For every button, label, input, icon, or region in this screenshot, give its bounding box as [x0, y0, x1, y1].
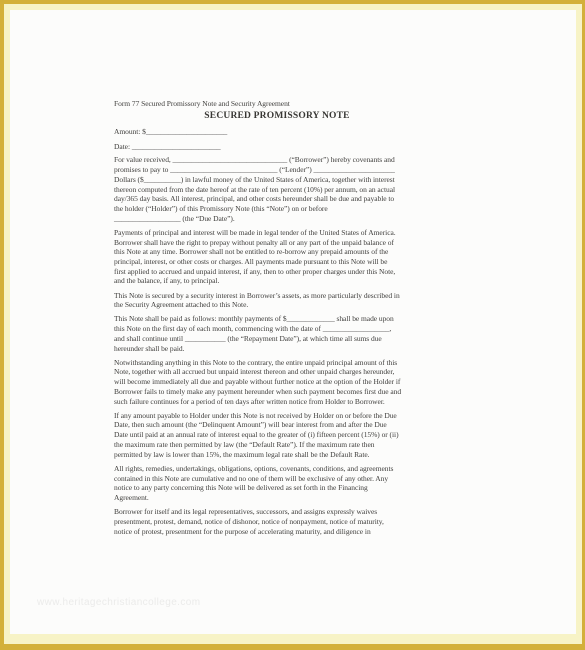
- document-title: SECURED PROMISSORY NOTE: [114, 112, 440, 122]
- document-content: Form 77 Secured Promissory Note and Secu…: [114, 99, 440, 541]
- paragraph-payments: Payments of principal and interest will …: [114, 228, 440, 286]
- paragraph-payment-schedule: This Note shall be paid as follows: mont…: [114, 314, 440, 353]
- watermark-text: www.heritagechristiancollege.com: [37, 597, 200, 608]
- form-number-label: Form 77 Secured Promissory Note and Secu…: [114, 99, 440, 109]
- document-page: Form 77 Secured Promissory Note and Secu…: [10, 10, 576, 634]
- gold-frame: Form 77 Secured Promissory Note and Secu…: [0, 0, 585, 650]
- date-field-line: Date: ________________________: [114, 141, 440, 152]
- paragraph-security-interest: This Note is secured by a security inter…: [114, 291, 440, 310]
- paragraph-acceleration: Notwithstanding anything in this Note to…: [114, 358, 440, 407]
- paragraph-value-received: For value received, ____________________…: [114, 155, 440, 223]
- paragraph-waivers: Borrower for itself and its legal repres…: [114, 507, 440, 536]
- amount-field-line: Amount: $______________________: [114, 126, 440, 137]
- paragraph-rights-remedies: All rights, remedies, undertakings, obli…: [114, 464, 440, 503]
- paragraph-default-rate: If any amount payable to Holder under th…: [114, 411, 440, 460]
- frame-inner-border: Form 77 Secured Promissory Note and Secu…: [4, 4, 582, 644]
